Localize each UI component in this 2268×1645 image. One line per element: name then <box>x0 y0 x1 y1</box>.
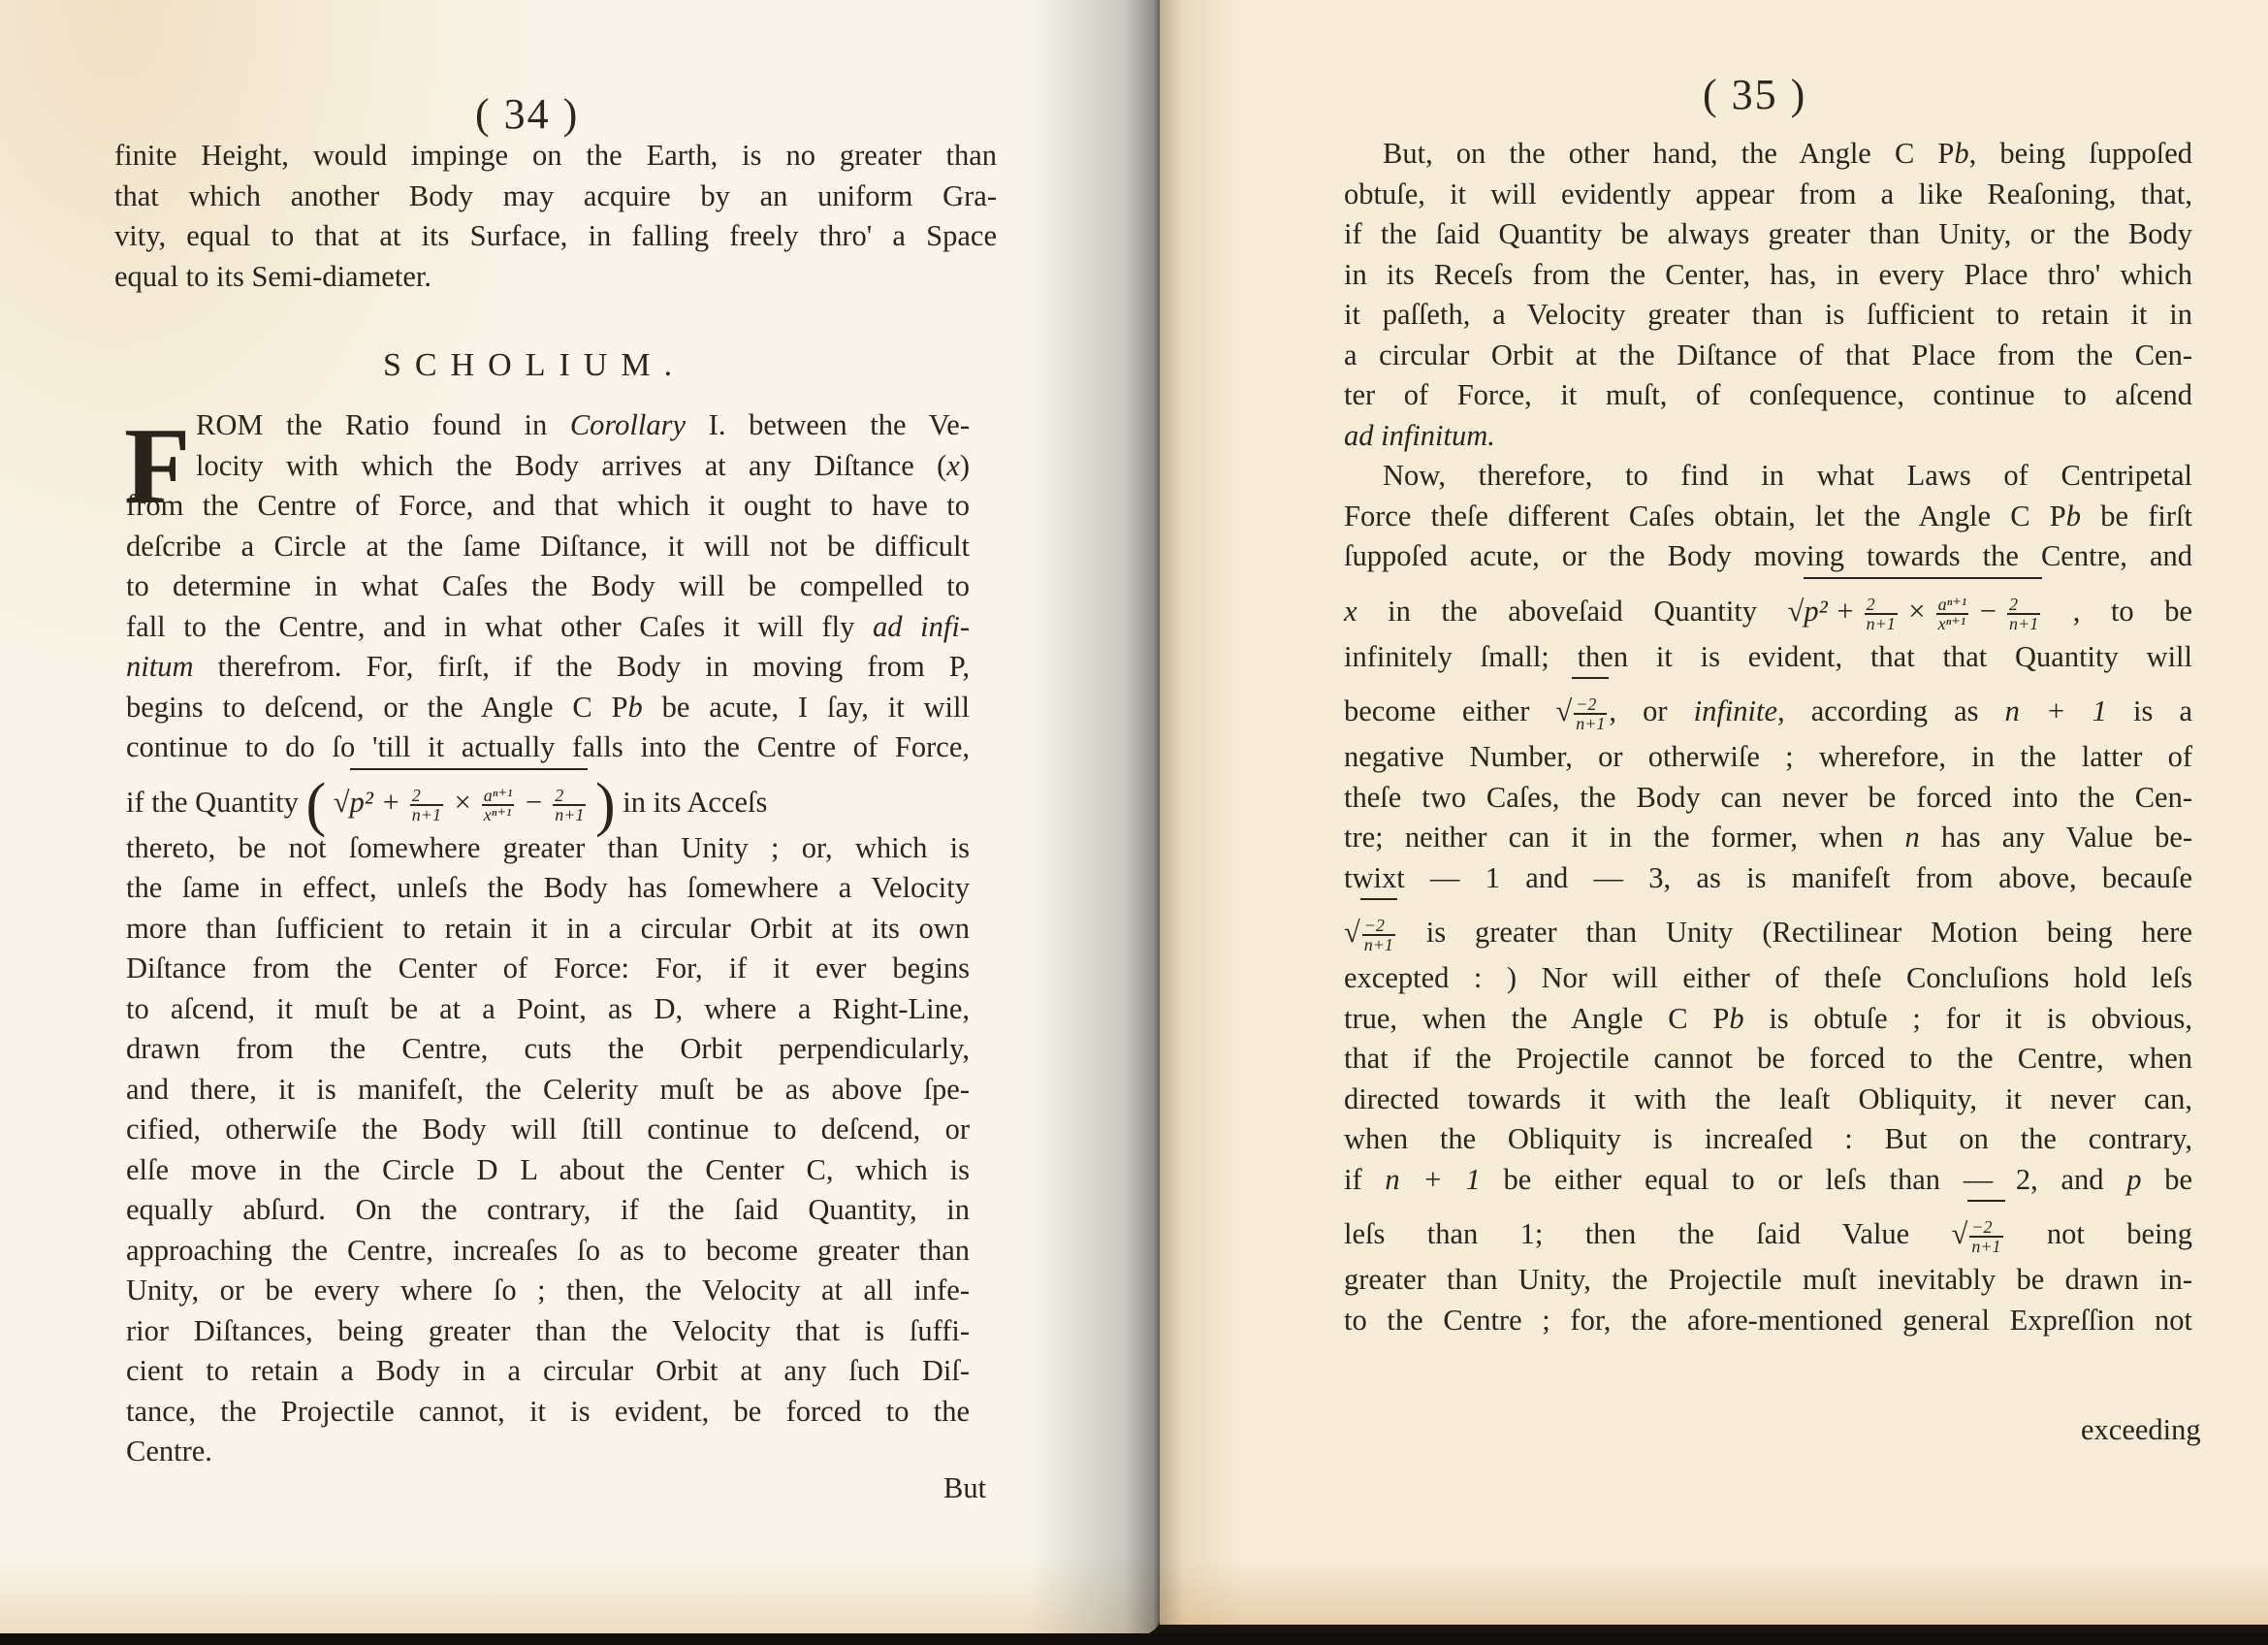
text-line: vity, equal to that at its Surface, in f… <box>114 216 997 257</box>
formula-radical: √ p² + 2n+1 × aⁿ⁺¹xⁿ⁺¹ − 2n+1 <box>334 768 589 832</box>
text-line: negative Number, or otherwiſe ; wherefor… <box>1344 737 2192 778</box>
formula-line: if the Quantity ( √ p² + 2n+1 × aⁿ⁺¹xⁿ⁺¹… <box>126 768 970 828</box>
text-line: ad infinitum. <box>1344 416 2192 457</box>
book-bottom-edge <box>0 1633 2268 1645</box>
text-line: thereto, be not ſomewhere greater than U… <box>126 828 970 869</box>
text-line: to determine in what Caſes the Body will… <box>126 566 970 607</box>
text-line: But, on the other hand, the Angle C Pb, … <box>1344 134 2192 175</box>
text-line: rior Diſtances, being greater than the V… <box>126 1311 970 1352</box>
text-line: to aſcend, it muſt be at a Point, as D, … <box>126 989 970 1030</box>
text-line: locity with which the Body arrives at an… <box>126 446 970 487</box>
text-line: the ſame in effect, unleſs the Body has … <box>126 868 970 909</box>
text-line: equal to its Semi-diameter. <box>114 257 997 298</box>
text-line: obtuſe, it will evidently appear from a … <box>1344 175 2192 215</box>
text-line: infinitely ſmall; then it is evident, th… <box>1344 637 2192 678</box>
text-line: begins to deſcend, or the Angle C Pb be … <box>126 688 970 728</box>
text-line: twixt — 1 and — 3, as is manifeſt from a… <box>1344 858 2192 899</box>
scholium-paragraph: ROM the Ratio found in Corollary I. betw… <box>126 405 970 1472</box>
left-page: ( 34 ) finite Height, would impinge on t… <box>0 0 1160 1639</box>
text-line: Now, therefore, to find in what Laws of … <box>1344 456 2192 497</box>
text-line: cient to retain a Body in a circular Orb… <box>126 1351 970 1392</box>
text-line: continue to do ſo 'till it actually fall… <box>126 727 970 768</box>
text-line: tre; neither can it in the former, when … <box>1344 818 2192 858</box>
catchword-left: But <box>943 1471 986 1505</box>
text-line: fall to the Centre, and in what other Ca… <box>126 607 970 648</box>
text-line: in its Receſs from the Center, has, in e… <box>1344 255 2192 296</box>
text-line: more than ſufficient to retain it in a c… <box>126 909 970 950</box>
text-line: that which another Body may acquire by a… <box>114 177 997 217</box>
text-line: finite Height, would impinge on the Eart… <box>114 136 997 177</box>
text-line: ROM the Ratio found in Corollary I. betw… <box>126 405 970 446</box>
text-line: when the Obliquity is increaſed : But on… <box>1344 1119 2192 1160</box>
text-line: it paſſeth, a Velocity greater than is ſ… <box>1344 295 2192 336</box>
formula-line: become either √−2n+1, or infinite, accor… <box>1344 677 2192 737</box>
right-paragraph-1: But, on the other hand, the Angle C Pb, … <box>1344 134 2192 1340</box>
text-line: and there, it is manifeſt, the Celerity … <box>126 1070 970 1111</box>
text-line: ſuppoſed acute, or the Body moving towar… <box>1344 536 2192 577</box>
text-line: if the ſaid Quantity be always greater t… <box>1344 214 2192 255</box>
formula-line: x in the aboveſaid Quantity √ p² + 2n+1 … <box>1344 577 2192 637</box>
text-line: elſe move in the Circle D L about the Ce… <box>126 1150 970 1191</box>
formula-radical: √ p² + 2n+1 × aⁿ⁺¹xⁿ⁺¹ − 2n+1 <box>1788 577 2043 641</box>
section-heading: SCHOLIUM. <box>383 347 686 384</box>
text-line: theſe two Caſes, the Body can never be f… <box>1344 778 2192 819</box>
text-line: Unity, or be every where ſo ; then, the … <box>126 1271 970 1311</box>
text-line: tance, the Projectile cannot, it is evid… <box>126 1392 970 1433</box>
opening-paragraph: finite Height, would impinge on the Eart… <box>114 136 997 297</box>
text-line: directed towards it with the leaſt Obliq… <box>1344 1080 2192 1120</box>
text-line: Force theſe different Caſes obtain, let … <box>1344 497 2192 537</box>
formula-line: leſs than 1; then the ſaid Value √−2n+1 … <box>1344 1200 2192 1260</box>
text-line: true, when the Angle C Pb is obtuſe ; fo… <box>1344 999 2192 1040</box>
page-number-right: ( 35 ) <box>1703 70 1806 119</box>
text-line: nitum therefrom. For, firſt, if the Body… <box>126 647 970 688</box>
text-line: Centre. <box>126 1432 970 1472</box>
text-line: drawn from the Centre, cuts the Orbit pe… <box>126 1029 970 1070</box>
catchword-right: exceeding <box>2081 1413 2201 1447</box>
text-line: to the Centre ; for, the afore-mentioned… <box>1344 1301 2192 1341</box>
page-number-left: ( 34 ) <box>475 89 579 139</box>
text-line: ter of Force, it muſt, of conſequence, c… <box>1344 375 2192 416</box>
text-line: equally abſurd. On the contrary, if the … <box>126 1190 970 1231</box>
text-line: deſcribe a Circle at the ſame Diſtance, … <box>126 527 970 567</box>
text-line: excepted : ) Nor will either of theſe Co… <box>1344 958 2192 999</box>
text-line: from the Centre of Force, and that which… <box>126 486 970 527</box>
formula-line: √−2n+1 is greater than Unity (Rectilinea… <box>1344 898 2192 958</box>
right-page: ( 35 ) But, on the other hand, the Angle… <box>1160 0 2268 1625</box>
text-line: if n + 1 be either equal to or leſs than… <box>1344 1160 2192 1201</box>
text-line: approaching the Centre, increaſes ſo as … <box>126 1231 970 1272</box>
text-line: Diſtance from the Center of Force: For, … <box>126 949 970 989</box>
text-line: a circular Orbit at the Diſtance of that… <box>1344 336 2192 376</box>
text-line: cified, otherwiſe the Body will ſtill co… <box>126 1110 970 1150</box>
text-line: that if the Projectile cannot be forced … <box>1344 1039 2192 1080</box>
text-line: greater than Unity, the Projectile muſt … <box>1344 1260 2192 1301</box>
